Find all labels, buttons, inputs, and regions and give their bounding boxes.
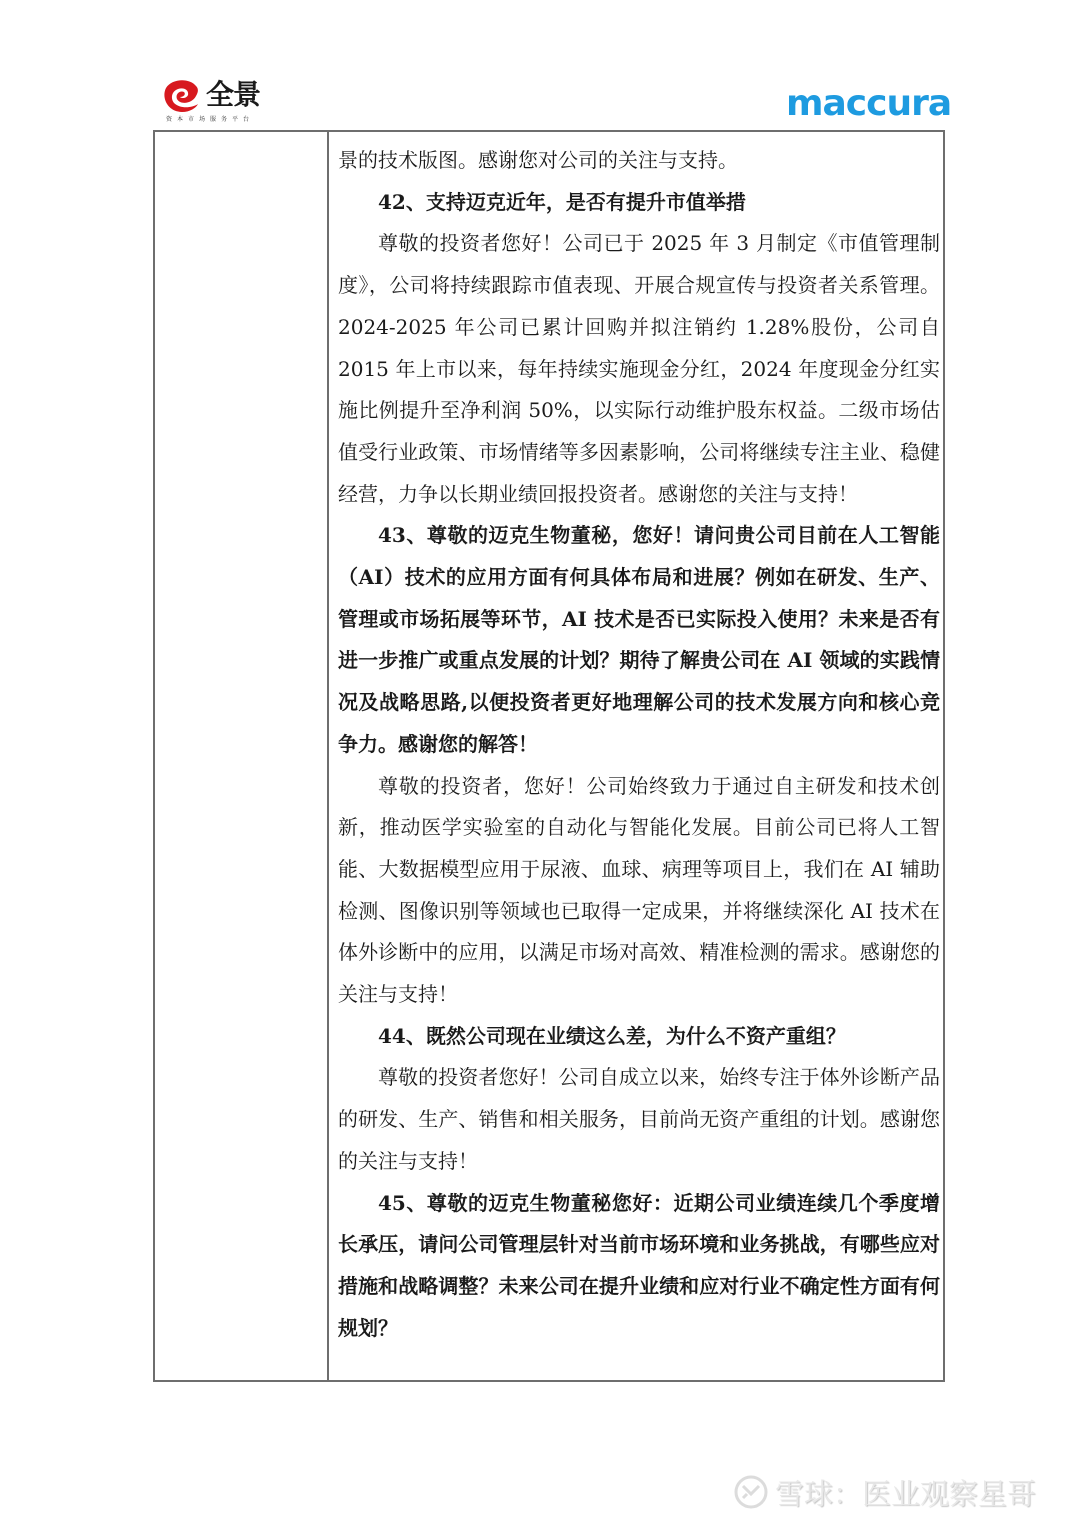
quanjing-logo-mark-icon [162,78,202,114]
quanjing-logo-tagline: 资本市场服务平台 [166,114,254,123]
question-42: 42、支持迈克近年，是否有提升市值举措 [338,182,940,224]
answer-42: 尊敬的投资者您好！公司已于 2025 年 3 月制定《市值管理制度》，公司将持续… [338,223,940,515]
qa-table: 景的技术版图。感谢您对公司的关注与支持。 42、支持迈克近年，是否有提升市值举措… [153,130,945,1382]
answer-44: 尊敬的投资者您好！公司自成立以来，始终专注于体外诊断产品的研发、生产、销售和相关… [338,1057,940,1182]
qa-content-cell: 景的技术版图。感谢您对公司的关注与支持。 42、支持迈克近年，是否有提升市值举措… [338,140,940,1349]
quanjing-logo-name: 全景 [206,78,260,112]
watermark-text: 雪球：医业观察星哥 [775,1472,1036,1513]
xueqiu-logo-icon [733,1474,769,1510]
answer-43: 尊敬的投资者，您好！公司始终致力于通过自主研发和技术创新，推动医学实验室的自动化… [338,766,940,1016]
question-43: 43、尊敬的迈克生物董秘，您好！请问贵公司目前在人工智能（AI）技术的应用方面有… [338,515,940,765]
question-45: 45、尊敬的迈克生物董秘您好：近期公司业绩连续几个季度增长承压，请问公司管理层针… [338,1183,940,1350]
question-44: 44、既然公司现在业绩这么差，为什么不资产重组？ [338,1016,940,1058]
answer-continuation: 景的技术版图。感谢您对公司的关注与支持。 [338,140,940,182]
xueqiu-watermark: 雪球：医业观察星哥 [733,1472,1036,1512]
quanjing-logo: 全景 资本市场服务平台 [162,76,272,128]
maccura-logo: maccura [786,84,951,124]
table-column-divider [327,132,329,1380]
